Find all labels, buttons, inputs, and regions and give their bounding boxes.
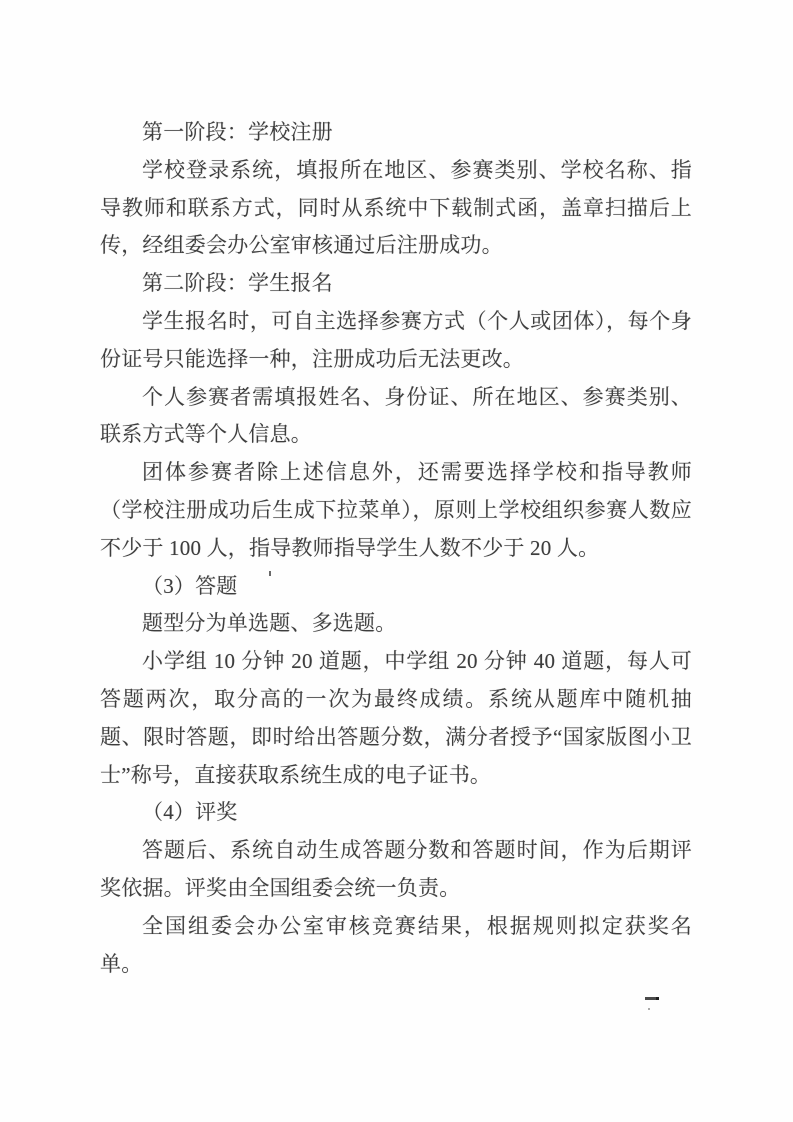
- paragraph-award-review: 全国组委会办公室审核竞赛结果，根据规则拟定获奖名单。: [100, 908, 692, 984]
- stage-heading-student-signup: 第二阶段：学生报名: [100, 265, 692, 303]
- paragraph-student-signup: 学生报名时，可自主选择参赛方式（个人或团体），每个身份证号只能选择一种，注册成功…: [100, 303, 692, 379]
- paragraph-answering-rules: 小学组 10 分钟 20 道题，中学组 20 分钟 40 道题，每人可答题两次，…: [100, 643, 692, 794]
- paragraph-team-entrants: 团体参赛者除上述信息外，还需要选择学校和指导教师（学校注册成功后生成下拉菜单），…: [100, 454, 692, 567]
- paragraph-school-registration: 学校登录系统，填报所在地区、参赛类别、学校名称、指导教师和联系方式，同时从系统中…: [100, 152, 692, 265]
- document-page: 第一阶段：学校注册 学校登录系统，填报所在地区、参赛类别、学校名称、指导教师和联…: [0, 0, 793, 1122]
- scan-artifact-dot: [648, 1008, 650, 1010]
- paragraph-individual-entrants: 个人参赛者需填报姓名、身份证、所在地区、参赛类别、联系方式等个人信息。: [100, 379, 692, 455]
- document-body: 第一阶段：学校注册 学校登录系统，填报所在地区、参赛类别、学校名称、指导教师和联…: [100, 114, 692, 983]
- stage-heading-school-registration: 第一阶段：学校注册: [100, 114, 692, 152]
- section-heading-answering: （3）答题: [100, 568, 692, 606]
- section-heading-awards: （4）评奖: [100, 794, 692, 832]
- paragraph-award-basis: 答题后、系统自动生成答题分数和答题时间，作为后期评奖依据。评奖由全国组委会统一负…: [100, 832, 692, 908]
- paragraph-question-types: 题型分为单选题、多选题。: [100, 605, 692, 643]
- scan-artifact-dash: [645, 997, 659, 1000]
- scan-artifact-speck: [269, 571, 271, 576]
